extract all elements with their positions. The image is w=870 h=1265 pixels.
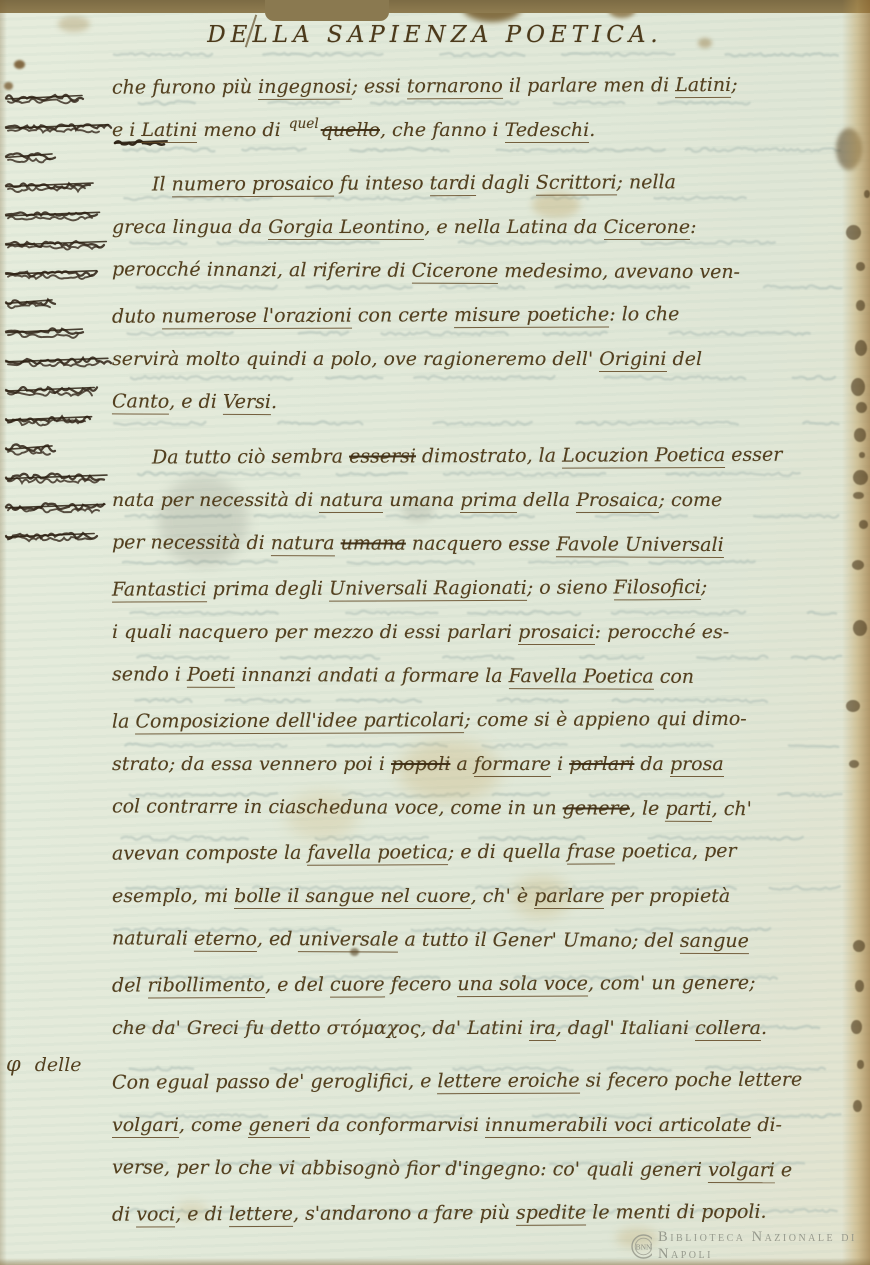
paragraph: che furono più ingegnosi; essi tornarono…: [112, 64, 858, 152]
struck-word: umana: [341, 532, 406, 554]
word-run: nacquero esse: [406, 533, 557, 556]
margin-note-delle: φdelle: [6, 1052, 82, 1076]
underlined-word: Cicerone: [412, 260, 499, 284]
word-run: ; come si è appieno qui dimo-: [464, 708, 746, 731]
underlined-word: ribollimento: [147, 974, 265, 999]
word-run: che furono più: [112, 76, 258, 99]
word-run: da: [634, 753, 670, 775]
manuscript-line: del ribollimento, e del cuore fecero una…: [112, 960, 858, 1007]
word-run: esser: [725, 444, 782, 466]
underlined-word: natura: [319, 489, 383, 513]
underlined-word: tornarono: [407, 75, 503, 99]
word-run: fu inteso: [334, 172, 430, 194]
word-run: i: [551, 753, 569, 775]
library-watermark-label: Biblioteca Nazionale di Napoli: [658, 1229, 870, 1263]
underlined-word: collera: [695, 1017, 761, 1041]
ink-squiggle: [8, 158, 50, 163]
word-run: per propietà: [604, 885, 730, 907]
word-run: nata per necessità di: [112, 489, 319, 511]
manuscript-line: nata per necessità di natura umana prima…: [112, 478, 858, 522]
word-run: greca lingua da: [112, 216, 268, 238]
underlined-word: Filosofici: [613, 576, 700, 600]
manuscript-line: servirà molto quindi a polo, ove ragione…: [112, 337, 858, 381]
underlined-word: parti: [665, 798, 711, 822]
word-run: perocché innanzi, al riferire di: [112, 258, 412, 281]
word-run: dimostrato, la: [416, 445, 562, 468]
word-run: per necessità di: [112, 531, 271, 554]
struck-word: essersi: [349, 445, 416, 467]
word-run: poetica, per: [615, 840, 736, 863]
library-seal-icon: BNN: [630, 1233, 652, 1260]
word-run: del: [667, 348, 703, 370]
manuscript-line: sendo i Poeti innanzi andati a formare l…: [112, 652, 858, 699]
underlined-word: sangue: [680, 930, 749, 954]
underlined-word: prosaici: [518, 621, 595, 645]
library-watermark: BNN Biblioteca Nazionale di Napoli: [630, 1229, 870, 1263]
word-run: , le: [630, 798, 666, 820]
word-run: .: [761, 1017, 767, 1039]
underlined-word: volgari: [708, 1159, 775, 1183]
word-run: , ch': [712, 798, 752, 820]
word-run: ; e di quella: [448, 841, 567, 864]
underlined-word: Universali Ragionati: [329, 577, 527, 602]
manuscript-line: verse, per lo che vi abbisognò fior d'in…: [112, 1145, 858, 1192]
underlined-word: Prosaica: [576, 489, 658, 513]
word-run: di-: [751, 1114, 782, 1136]
underlined-word: Tedeschi: [505, 119, 590, 143]
word-run: dagli: [476, 172, 536, 194]
word-run: ;: [701, 576, 708, 598]
word-run: e: [775, 1159, 792, 1181]
ink-squiggle: [8, 187, 85, 192]
underlined-word: spedite: [516, 1202, 586, 1226]
word-run: , s'andarono a fare più: [293, 1202, 516, 1225]
word-run: duto: [112, 305, 162, 327]
word-run: la: [112, 711, 136, 733]
word-run: verse, per lo che vi abbisognò fior d'in…: [112, 1156, 708, 1181]
manuscript-line: Il numero prosaico fu inteso tardi dagli…: [112, 159, 858, 206]
word-run: : lo che: [609, 303, 679, 325]
underlined-word: misure poetiche: [454, 303, 609, 328]
manuscript-page: DELLA SAPIENZA POETICA. che furono più i…: [0, 0, 870, 1265]
manuscript-line: e i Latini meno di quelquello, che fanno…: [112, 108, 858, 152]
word-run: a: [450, 753, 473, 775]
underlined-word: Fantastici: [112, 578, 207, 602]
word-run: , e di: [175, 1203, 229, 1225]
paragraph: Con egual passo de' geroglifici, e lette…: [112, 1059, 858, 1235]
manuscript-body: che furono più ingegnosi; essi tornarono…: [112, 64, 858, 1244]
underlined-word: eterno: [194, 928, 257, 952]
word-run: le menti di popoli.: [586, 1201, 766, 1224]
underlined-word: Latini: [675, 74, 731, 98]
paper-stain: [14, 60, 25, 69]
underlined-word: prima: [460, 489, 517, 513]
word-run: il parlare men di: [503, 74, 676, 97]
ink-squiggle: [263, 53, 382, 56]
word-run: ; essi: [352, 75, 407, 97]
ink-squiggle: [8, 450, 50, 455]
word-run: , ch' è: [471, 885, 535, 907]
ink-squiggle: [8, 245, 99, 249]
underlined-word: bolle il sangue nel cuore: [234, 885, 470, 909]
word-run: , dagl' Italiani: [556, 1017, 695, 1039]
word-run: naturali: [112, 927, 194, 949]
manuscript-line: greca lingua da Gorgia Leontino, e nella…: [112, 205, 858, 249]
underlined-word: Canto: [112, 390, 169, 414]
manuscript-line: la Composizione dell'idee particolari; c…: [112, 696, 858, 743]
word-run: che da' Greci fu detto στόμαχος, da' Lat…: [112, 1017, 529, 1039]
word-run: servirà molto quindi a polo, ove ragione…: [112, 348, 599, 370]
manuscript-line: col contrarre in ciascheduna voce, come …: [112, 784, 858, 831]
underlined-word: Favole Universali: [556, 533, 723, 558]
underlined-word: Favella Poetica: [509, 665, 654, 690]
manuscript-line: Canto, e di Versi.: [112, 379, 858, 426]
underlined-word: una sola voce: [457, 973, 588, 998]
underlined-word: favella poetica: [307, 841, 447, 866]
manuscript-line: duto numerose l'orazioni con certe misur…: [112, 291, 858, 338]
ink-squiggle: [726, 53, 838, 56]
word-run: ; o sieno: [527, 576, 614, 598]
underlined-word: prosa: [670, 753, 724, 777]
manuscript-line: che furono più ingegnosi; essi tornarono…: [112, 62, 858, 109]
word-run: innanzi andati a formare la: [235, 664, 508, 687]
marginalia-scribbles-crossed-out: [2, 86, 120, 566]
manuscript-line: volgari, come generi da conformarvisi in…: [112, 1103, 858, 1147]
word-run: prima degli: [207, 578, 330, 601]
word-run: meno di: [197, 119, 286, 141]
manuscript-line: i quali nacquero per mezzo di essi parla…: [112, 610, 858, 654]
word-run: .: [271, 391, 277, 413]
ink-squiggle: [562, 53, 674, 56]
underlined-word: Origini: [599, 348, 666, 372]
underlined-word: Composizione dell'idee particolari: [135, 709, 464, 734]
underlined-word: parlare: [534, 885, 604, 909]
manuscript-line: perocché innanzi, al riferire di Ciceron…: [112, 247, 858, 294]
ink-squiggle: [8, 507, 99, 512]
manuscript-line: strato; da essa vennero poi i popoli a f…: [112, 742, 858, 786]
word-run: e i: [112, 119, 141, 141]
word-run: , com' un genere;: [588, 972, 756, 995]
underlined-word: numero prosaico: [172, 173, 334, 198]
underlined-word: volgari: [112, 1114, 179, 1138]
word-run: sendo i: [112, 663, 187, 685]
word-run: fecero: [385, 973, 458, 995]
margin-note-text: delle: [35, 1054, 82, 1076]
underlined-word: Latini: [141, 119, 197, 143]
manuscript-line: Da tutto ciò sembra essersi dimostrato, …: [112, 432, 858, 479]
word-run: strato; da essa vennero poi i: [112, 753, 391, 775]
word-run: avevan composte la: [112, 842, 308, 865]
interlinear-insert: quel: [289, 116, 319, 132]
word-run: , ed: [257, 928, 299, 950]
word-run: da conformarvisi: [310, 1114, 485, 1136]
word-run: Il: [152, 173, 172, 195]
word-run: Con egual passo de' geroglifici, e: [112, 1070, 438, 1093]
ink-squiggle: [8, 128, 99, 132]
page-top-edge-notch: [265, 0, 389, 21]
underlined-word: frase: [567, 840, 616, 864]
word-run: , come: [179, 1114, 248, 1136]
struck-word: quello: [321, 119, 380, 141]
word-run: si fecero poche lettere: [580, 1069, 803, 1092]
word-run: : perocché es-: [595, 621, 730, 643]
margin-caret-symbol: φ: [6, 1052, 21, 1076]
word-run: i quali nacquero per mezzo di essi parla…: [112, 621, 518, 643]
underlined-word: Gorgia Leontino: [268, 216, 424, 240]
paragraph: Il numero prosaico fu inteso tardi dagli…: [112, 161, 858, 425]
word-run: Da tutto ciò sembra: [152, 446, 349, 469]
underlined-word: numerose l'orazioni: [161, 305, 351, 330]
manuscript-line: per necessità di natura umana nacquero e…: [112, 520, 858, 567]
manuscript-line: Fantastici prima degli Universali Ragion…: [112, 564, 858, 611]
underlined-word: ingegnosi: [258, 76, 351, 100]
underlined-word: universale: [298, 928, 398, 952]
underlined-word: Scrittori: [536, 171, 617, 195]
word-run: umana: [383, 489, 460, 511]
paragraph: Da tutto ciò sembra essersi dimostrato, …: [112, 434, 858, 1050]
word-run: del: [112, 974, 148, 996]
underlined-word: lettere eroiche: [437, 1070, 579, 1095]
underlined-word: lettere: [229, 1203, 293, 1227]
word-run: della: [517, 489, 576, 511]
word-run: di: [112, 1204, 136, 1226]
word-run: , e di: [169, 391, 223, 413]
word-run: , che fanno i: [380, 119, 505, 141]
word-run: a tutto il Gener' Umano; del: [398, 929, 680, 952]
svg-text:BNN: BNN: [636, 1242, 652, 1251]
struck-word: genere: [563, 797, 630, 819]
manuscript-line: avevan composte la favella poetica; e di…: [112, 828, 858, 875]
struck-word: popoli: [391, 753, 450, 775]
manuscript-line: Con egual passo de' geroglifici, e lette…: [112, 1057, 858, 1104]
underlined-word: Locuzion Poetica: [562, 444, 725, 469]
page-top-edge: [0, 0, 870, 13]
struck-word: parlari: [569, 753, 634, 775]
word-run: .: [589, 119, 595, 141]
underlined-word: natura: [271, 532, 335, 556]
word-run: , e nella Latina da: [424, 216, 603, 238]
underlined-word: tardi: [430, 172, 476, 196]
underlined-word: generi: [248, 1114, 310, 1138]
word-run: col contrarre in ciascheduna voce, come …: [112, 795, 563, 819]
underlined-word: innumerabili voci articolate: [485, 1114, 751, 1138]
page-left-edge-shade: [0, 0, 7, 1265]
word-run: ;: [731, 74, 738, 96]
ink-squiggle: [114, 53, 212, 56]
word-run: medesimo, avevano ven-: [498, 260, 740, 283]
manuscript-line: che da' Greci fu detto στόμαχος, da' Lat…: [112, 1006, 858, 1050]
manuscript-line: esemplo, mi bolle il sangue nel cuore, c…: [112, 874, 858, 918]
word-run: , e del: [265, 974, 330, 996]
page-gutter-edge: [842, 0, 870, 1265]
underlined-word: Versi: [223, 391, 271, 415]
manuscript-line: naturali eterno, ed universale a tutto i…: [112, 916, 858, 963]
word-run: ; come: [659, 489, 723, 511]
underlined-word: cuore: [330, 973, 385, 997]
underlined-word: Poeti: [187, 664, 236, 688]
ink-squiggle: [8, 217, 92, 221]
word-run: con certe: [352, 304, 454, 326]
ink-squiggle: [440, 53, 524, 57]
word-run: :: [690, 216, 696, 238]
word-run: con: [654, 666, 694, 688]
underlined-word: Cicerone: [604, 216, 691, 240]
word-run: esemplo, mi: [112, 885, 234, 907]
underlined-word: ira: [529, 1017, 556, 1041]
underlined-word: voci: [136, 1203, 175, 1227]
underlined-word: formare: [474, 753, 551, 777]
word-run: ; nella: [616, 171, 676, 193]
page-title: DELLA SAPIENZA POETICA.: [0, 22, 870, 48]
